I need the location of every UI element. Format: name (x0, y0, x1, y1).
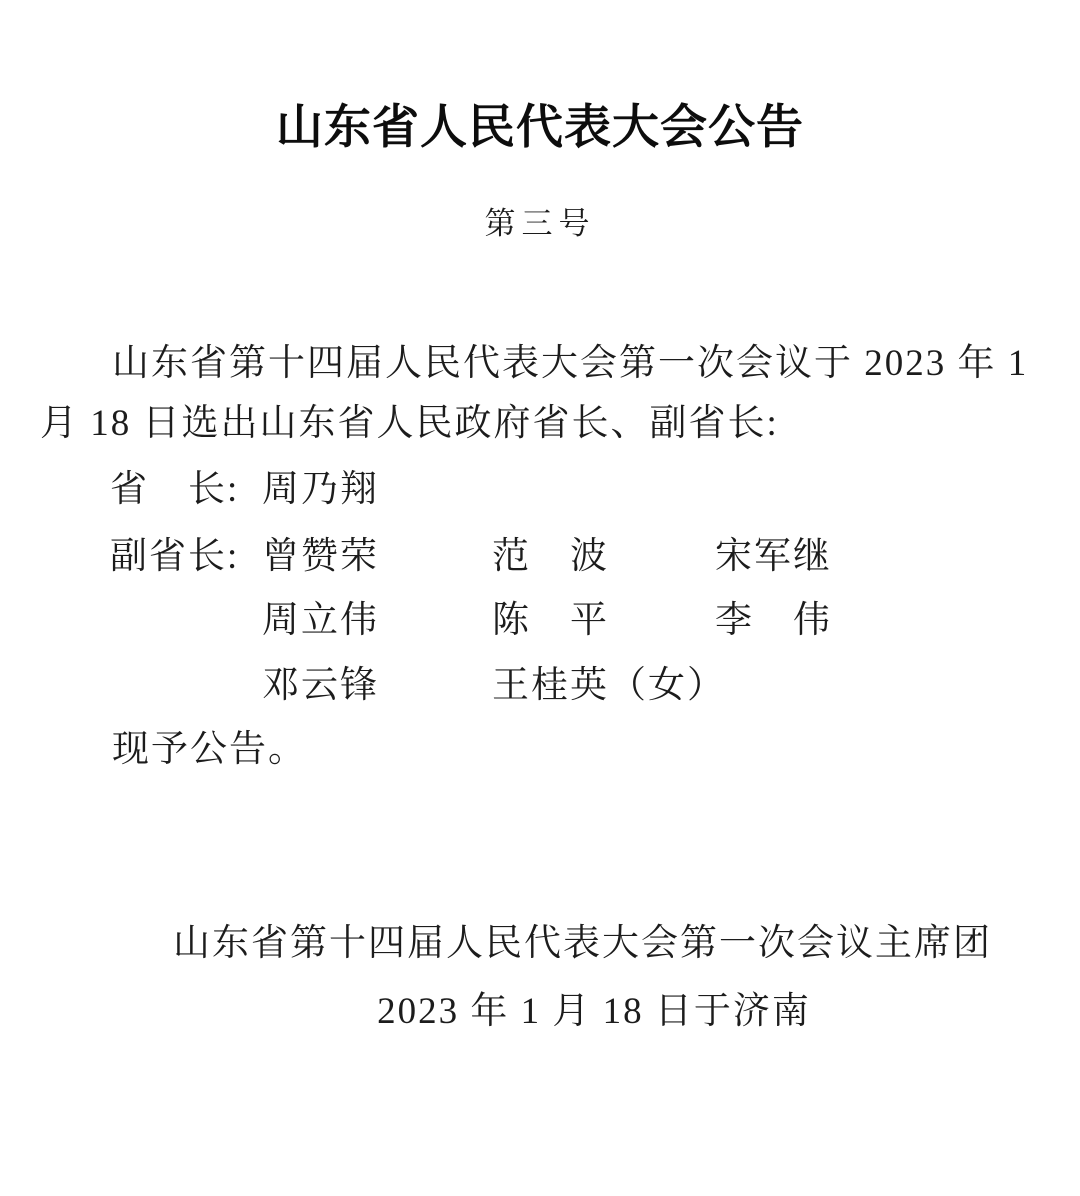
appointment-row-governor: 省 长: 周乃翔 (110, 470, 715, 511)
sign-date-line: 2023 年 1 月 18 日于济南 (54, 992, 1080, 1033)
appointee-name: 邓云锋 (262, 666, 492, 707)
appointee-name: 曾赞荣 (262, 537, 492, 578)
intro-paragraph-line: 月 18 日选出山东省人民政府省长、副省长: (40, 404, 779, 445)
appointee-name: 周乃翔 (262, 470, 492, 511)
appointee-name: 李 伟 (715, 601, 832, 642)
appointee-name: 范 波 (492, 537, 715, 578)
appointment-row-vice-governors: 邓云锋 王桂英（女） (110, 666, 715, 707)
role-label: 省 长: (110, 470, 262, 511)
appointment-row-vice-governors: 周立伟 陈 平 李 伟 (110, 601, 832, 642)
announcement-document: 山东省人民代表大会公告 第三号 山东省第十四届人民代表大会第一次会议于 2023… (0, 0, 1080, 1196)
document-title: 山东省人民代表大会公告 (0, 103, 1080, 155)
appointee-name: 周立伟 (262, 601, 492, 642)
closing-statement: 现予公告。 (112, 730, 307, 771)
appointee-name: 陈 平 (492, 601, 715, 642)
appointee-name: 宋军继 (715, 537, 832, 578)
role-label: 副省长: (110, 537, 262, 578)
appointment-row-vice-governors: 副省长: 曾赞荣 范 波 宋军继 (110, 537, 832, 578)
appointee-name: 王桂英（女） (492, 666, 715, 707)
document-number: 第三号 (0, 207, 1080, 241)
signer-presidium-line: 山东省第十四届人民代表大会第一次会议主席团 (173, 924, 992, 965)
intro-paragraph-line: 山东省第十四届人民代表大会第一次会议于 2023 年 1 (112, 344, 1028, 385)
